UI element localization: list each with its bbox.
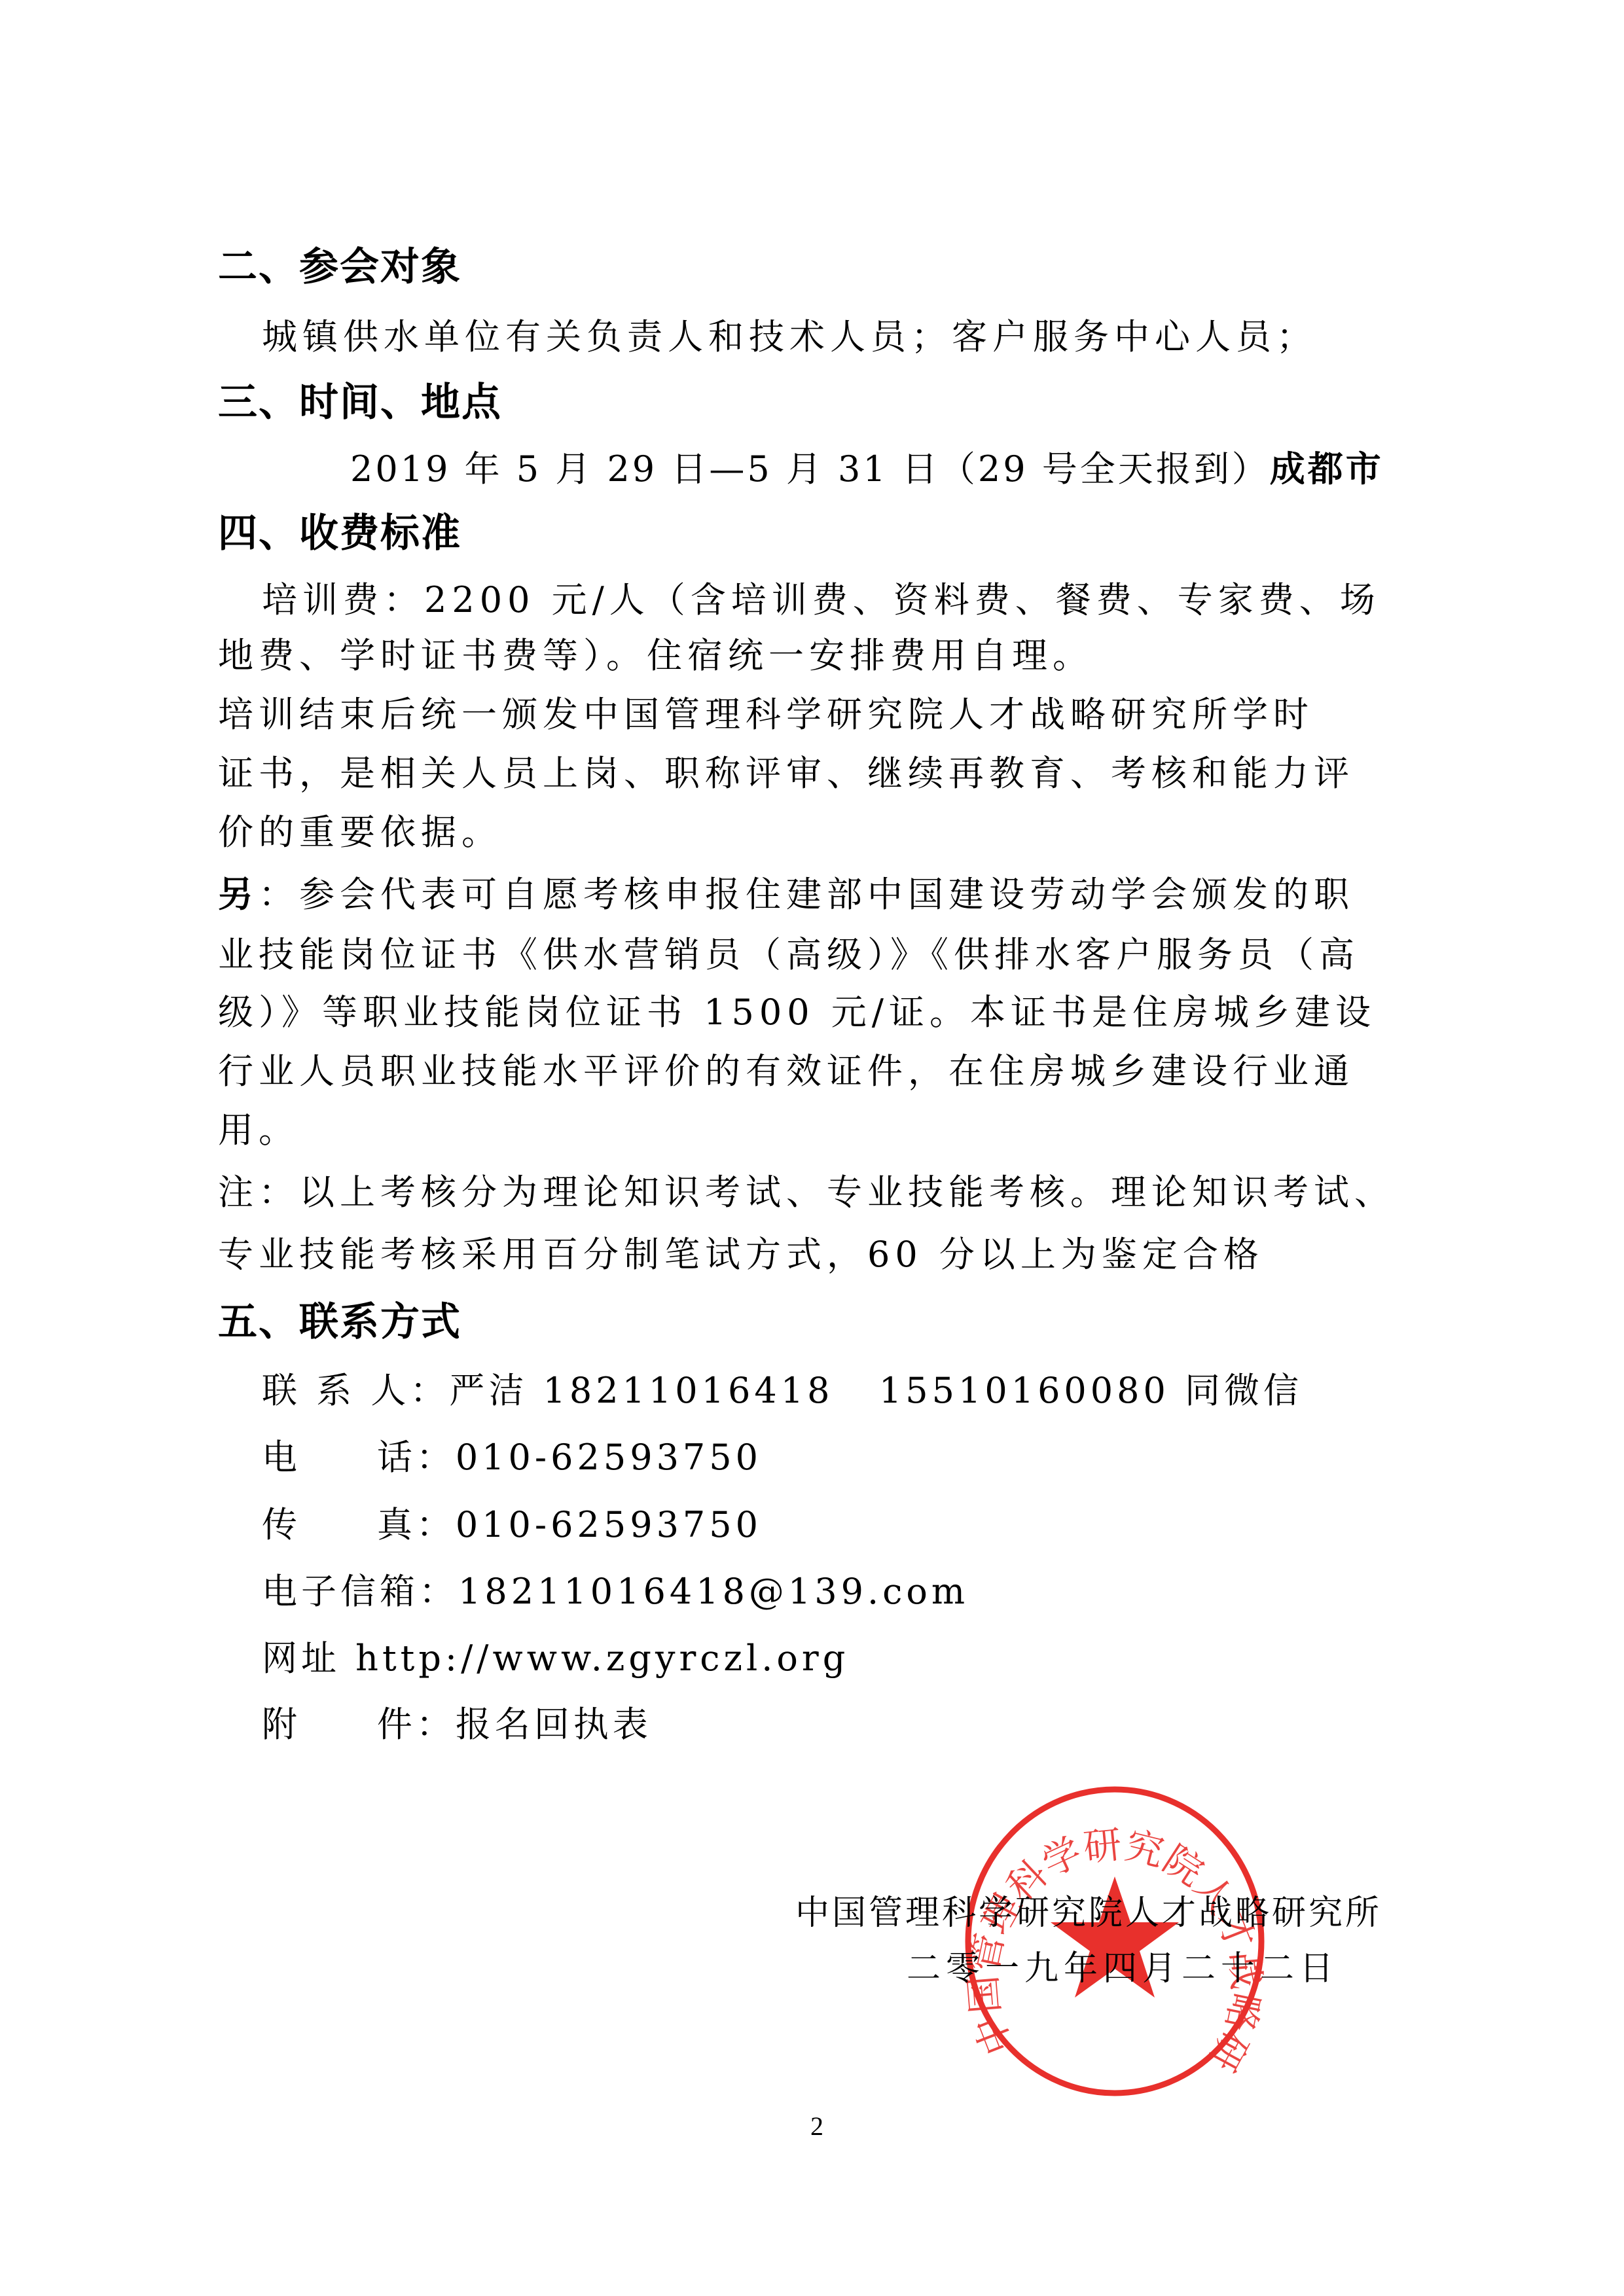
document-page: 二、参会对象 城镇供水单位有关负责人和技术人员；客户服务中心人员； 三、时间、地… xyxy=(0,0,1624,2296)
also-line-4: 行业人员职业技能水平评价的有效证件，在住房城乡建设行业通 xyxy=(218,1054,1354,1089)
signature-organization: 中国管理科学研究院人才战略研究所 xyxy=(795,1885,1382,1934)
time-place-text: 2019 年 5 月 29 日—5 月 31 日（29 号全天报到）成都市 xyxy=(350,452,1384,487)
contact-person-value: 严洁 18211016418 15510160080 同微信 xyxy=(449,1370,1303,1411)
fax-row: 传 真：010-62593750 xyxy=(262,1507,762,1543)
attachment-row: 附 件：报名回执表 xyxy=(262,1707,652,1742)
attachment-label: 附 件： xyxy=(262,1704,456,1745)
fees-line-1: 培训费：2200 元/人（含培训费、资料费、餐费、专家费、场 xyxy=(262,583,1380,618)
also-line-3: 级）》等职业技能岗位证书 1500 元/证。本证书是住房城乡建设 xyxy=(218,995,1376,1030)
section-heading-participants: 二、参会对象 xyxy=(218,247,461,287)
signature-date: 二零一九年四月二十二日 xyxy=(907,1941,1339,1990)
fees-line-4: 证书，是相关人员上岗、职称评审、继续再教育、考核和能力评 xyxy=(218,756,1354,791)
section-heading-time-place: 三、时间、地点 xyxy=(218,383,502,422)
also-label: 另 xyxy=(218,874,259,915)
phone-label: 电 话： xyxy=(262,1437,456,1478)
section-heading-contact: 五、联系方式 xyxy=(218,1302,461,1342)
phone-row: 电 话：010-62593750 xyxy=(262,1440,762,1475)
also-line-2: 业技能岗位证书《供水营销员（高级）》《供排水客户服务员（高 xyxy=(218,937,1360,973)
website-link[interactable]: http://www.zgyrczl.org xyxy=(355,1638,849,1679)
event-city: 成都市 xyxy=(1270,448,1384,490)
also-line-1: 另：参会代表可自愿考核申报住建部中国建设劳动学会颁发的职 xyxy=(218,877,1354,912)
participants-text: 城镇供水单位有关负责人和技术人员；客户服务中心人员； xyxy=(262,319,1317,355)
website-row: 网址 http://www.zgyrczl.org xyxy=(262,1641,849,1676)
page-number: 2 xyxy=(810,2111,823,2142)
contact-person-label: 联 系 人： xyxy=(262,1370,449,1411)
website-label: 网址 xyxy=(262,1638,355,1679)
email-label: 电子信箱： xyxy=(262,1571,458,1612)
note-line-2: 专业技能考核采用百分制笔试方式，60 分以上为鉴定合格 xyxy=(218,1237,1264,1272)
fees-line-5: 价的重要依据。 xyxy=(218,815,502,850)
section-heading-fees: 四、收费标准 xyxy=(218,514,461,553)
fees-line-3: 培训结束后统一颁发中国管理科学研究院人才战略研究所学时 xyxy=(218,697,1314,732)
email-value[interactable]: 18211016418@139.com xyxy=(458,1571,969,1612)
fax-label: 传 真： xyxy=(262,1504,456,1545)
fees-line-2: 地费、学时证书费等）。住宿统一安排费用自理。 xyxy=(218,638,1093,673)
phone-value: 010-62593750 xyxy=(456,1437,762,1478)
note-line-1: 注：以上考核分为理论知识考试、专业技能考核。理论知识考试、 xyxy=(218,1175,1395,1210)
event-dates: 2019 年 5 月 29 日—5 月 31 日（29 号全天报到） xyxy=(350,448,1270,490)
email-row: 电子信箱：18211016418@139.com xyxy=(262,1574,969,1609)
fax-value: 010-62593750 xyxy=(456,1504,762,1545)
contact-person-row: 联 系 人：严洁 18211016418 15510160080 同微信 xyxy=(262,1373,1303,1408)
also-line-5: 用。 xyxy=(218,1113,299,1148)
attachment-value: 报名回执表 xyxy=(456,1704,652,1745)
